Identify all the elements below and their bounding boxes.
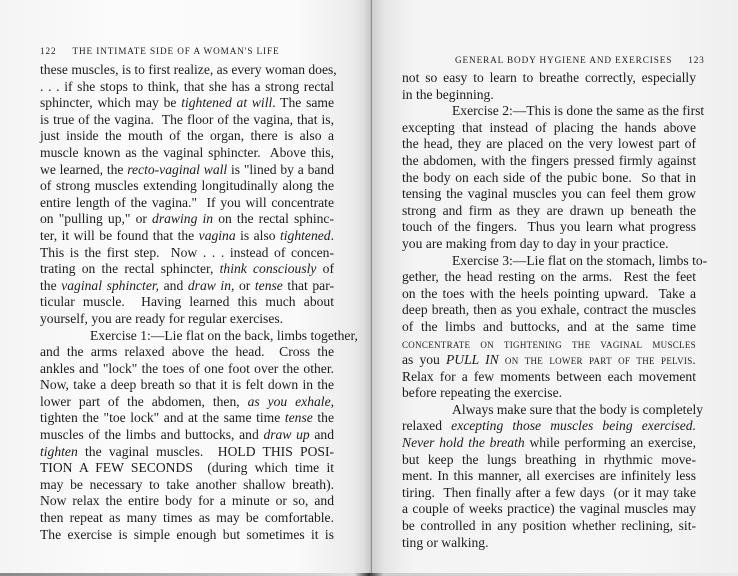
text-line: a couple of weeks practice) the vaginal … (402, 501, 696, 518)
text-line: tighten the "toe lock" and at the same t… (40, 410, 334, 427)
text-line: tiring. Then finally after a few days (o… (402, 485, 696, 502)
right-page: GENERAL BODY HYGIENE AND EXERCISES123 no… (370, 0, 738, 576)
text-line: Exercise 3:—Lie flat on the stomach, lim… (402, 253, 696, 270)
text-line: on the toes with the heels pointing upwa… (402, 286, 696, 303)
text-line: ment. In this manner, all exercises are … (402, 468, 696, 485)
text-line: Never hold the breath while performing a… (402, 435, 696, 452)
text-line: entire length of the vagina." If you wil… (40, 195, 334, 212)
left-page-number: 122 (40, 46, 56, 56)
text-line: before repeating the exercise. (402, 385, 696, 402)
left-header-title: THE INTIMATE SIDE OF A WOMAN'S LIFE (72, 46, 279, 56)
text-line: on "pulling up," or drawing in on the re… (40, 211, 334, 228)
text-line: ticular muscle. Having learned this much… (40, 294, 334, 311)
left-running-head: 122THE INTIMATE SIDE OF A WOMAN'S LIFE (40, 46, 280, 56)
right-running-head: GENERAL BODY HYGIENE AND EXERCISES123 (455, 55, 705, 65)
text-line: these muscles, is to first realize, as e… (40, 62, 334, 79)
text-line: the abdomen, with the fingers pressed fi… (402, 153, 696, 170)
text-line: muscles of the limbs and buttocks, and d… (40, 427, 334, 444)
text-line: Always make sure that the body is comple… (402, 402, 696, 419)
right-page-number: 123 (688, 55, 704, 65)
text-line: be controlled in any position whether re… (402, 518, 696, 535)
text-line: Exercise 1:—Lie flat on the back, limbs … (40, 328, 334, 345)
text-line: not so easy to learn to breathe correctl… (402, 70, 696, 87)
text-line: strong and firm as they are drawn up ben… (402, 203, 696, 220)
text-line: is true of the vagina. The floor of the … (40, 112, 334, 129)
text-line: relaxed excepting those muscles being ex… (402, 418, 696, 435)
text-line: muscle known as the vaginal sphincter. A… (40, 145, 334, 162)
text-line: This is the first step. Now . . . instea… (40, 245, 334, 262)
text-line: The exercise is simple enough but someti… (40, 527, 334, 544)
text-line: Relax for a few moments between each mov… (402, 369, 696, 386)
text-line: the body on each side of the pubic bone.… (402, 170, 696, 187)
text-line: Exercise 2:—This is done the same as the… (402, 103, 696, 120)
left-body-text: these muscles, is to first realize, as e… (40, 62, 334, 543)
text-line: ter, it will be found that the vagina is… (40, 228, 334, 245)
text-line: tighten the vaginal muscles. HOLD THIS P… (40, 444, 334, 461)
text-line: the vaginal sphincter, and draw in, or t… (40, 278, 334, 295)
left-page: 122THE INTIMATE SIDE OF A WOMAN'S LIFE t… (0, 0, 370, 576)
text-line: ankles and "lock" the toes of one foot o… (40, 361, 334, 378)
text-line: of the limbs and buttocks, and at the sa… (402, 319, 696, 336)
text-line: sphincter, which may be tightened at wil… (40, 95, 334, 112)
text-line: you are making from day to day in your p… (402, 236, 696, 253)
text-line: in the beginning. (402, 87, 696, 104)
text-line: . . . if she stops to think, that she ha… (40, 79, 334, 96)
text-line: Now relax the entire body for a minute o… (40, 493, 334, 510)
text-line: we learned, the recto-vaginal wall is "l… (40, 162, 334, 179)
text-line: of strong muscles extending longitudinal… (40, 178, 334, 195)
text-line: but keep the lungs breathing in rhythmic… (402, 452, 696, 469)
book-gutter (371, 0, 372, 576)
text-line: yourself, you are ready for regular exer… (40, 311, 334, 328)
right-header-title: GENERAL BODY HYGIENE AND EXERCISES (455, 55, 672, 65)
text-line: CONCENTRATE ON TIGHTENING THE VAGINAL MU… (402, 336, 696, 353)
text-line: lower part of the abdomen, then, as you … (40, 394, 334, 411)
text-line: ting or walking. (402, 535, 696, 552)
text-line: the head, they are placed on the very lo… (402, 136, 696, 153)
text-line: touch of the fingers. Thus you learn wha… (402, 219, 696, 236)
right-body-text: not so easy to learn to breathe correctl… (402, 70, 696, 551)
text-line: tensing the vaginal muscles you can feel… (402, 186, 696, 203)
text-line: and the arms relaxed above the head. Cro… (40, 344, 334, 361)
text-line: TION A FEW SECONDS (during which time it (40, 460, 334, 477)
text-line: excepting that instead of placing the ha… (402, 120, 696, 137)
text-line: as you PULL IN ON THE LOWER PART OF THE … (402, 352, 696, 369)
text-line: Now, take a deep breath so that it is fe… (40, 377, 334, 394)
text-line: gether, the head resting on the arms. Re… (402, 269, 696, 286)
book-spread: 122THE INTIMATE SIDE OF A WOMAN'S LIFE t… (0, 0, 738, 576)
text-line: trating on the rectal sphincter, think c… (40, 261, 334, 278)
text-line: just inside the mouth of the organ, ther… (40, 128, 334, 145)
text-line: deep breath, then as you exhale, contrac… (402, 302, 696, 319)
text-line: may be necessary to take another shallow… (40, 477, 334, 494)
text-line: then repeat as many times as may be comf… (40, 510, 334, 527)
